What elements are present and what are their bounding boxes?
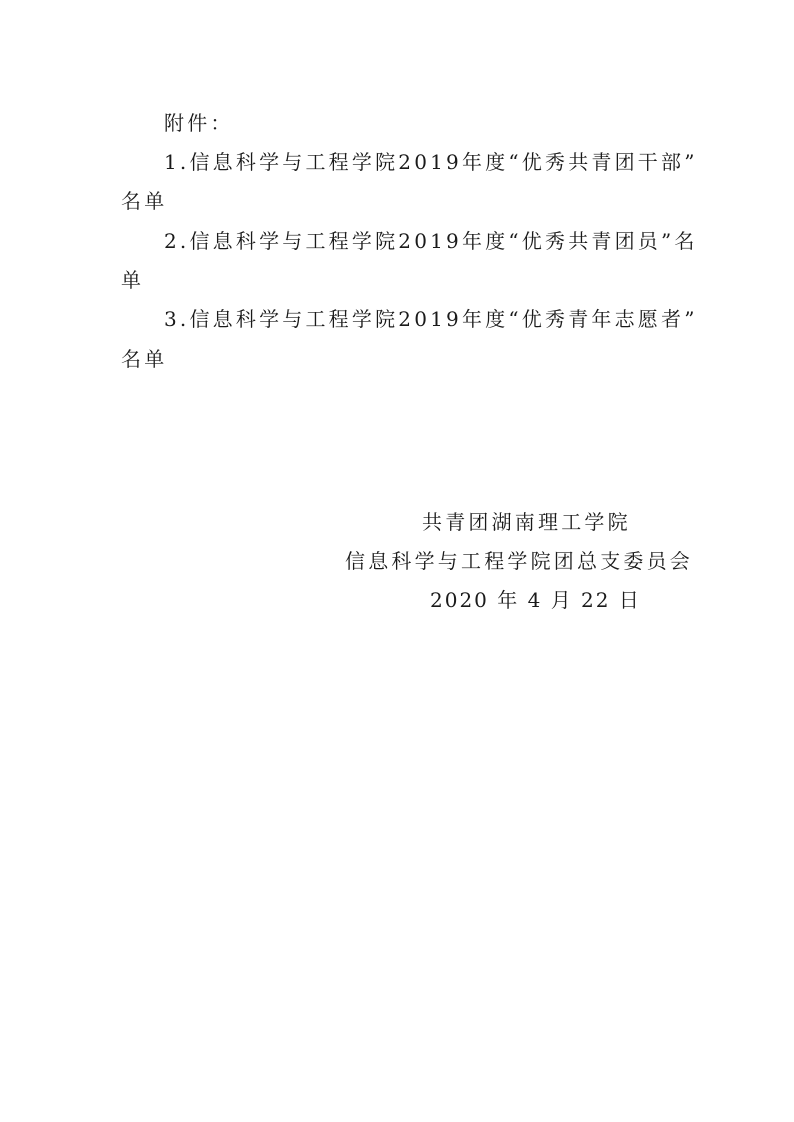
- attachment-item-2: 2.信息科学与工程学院2019年度“优秀共青团员”名: [164, 228, 698, 254]
- attachment-item-1-continuation: 名单: [121, 188, 167, 214]
- attachment-item-3-continuation: 名单: [121, 346, 167, 372]
- signature-organization: 共青团湖南理工学院: [422, 509, 631, 535]
- signature-committee: 信息科学与工程学院团总支委员会: [345, 548, 693, 574]
- signature-date: 2020 年 4 月 22 日: [430, 587, 641, 613]
- attachment-item-1: 1.信息科学与工程学院2019年度“优秀共青团干部”: [164, 149, 698, 175]
- attachment-label: 附件：: [164, 110, 234, 136]
- attachment-item-2-continuation: 单: [121, 267, 144, 293]
- document-page: 附件： 1.信息科学与工程学院2019年度“优秀共青团干部” 名单 2.信息科学…: [0, 0, 794, 1122]
- attachment-item-3: 3.信息科学与工程学院2019年度“优秀青年志愿者”: [164, 306, 698, 332]
